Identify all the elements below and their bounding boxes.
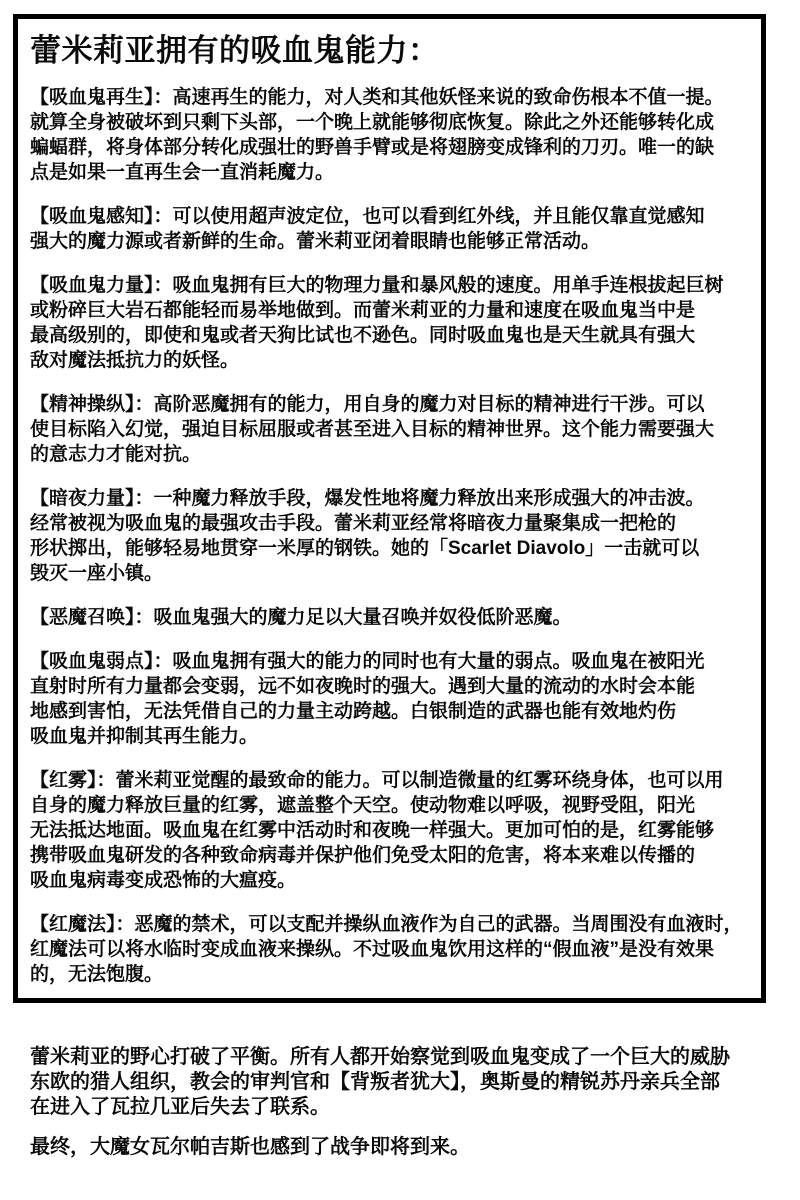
ability-red-magic: 【红魔法】：恶魔的禁术，可以支配并操纵血液作为自己的武器。当周围没有血液时， 红… (30, 912, 753, 987)
epilogue-paragraph-balance-broken: 蕾米莉亚的野心打破了平衡。所有人都开始察觉到吸血鬼变成了一个巨大的威胁 东欧的猎… (30, 1045, 772, 1120)
ability-demon-summon: 【恶魔召唤】：吸血鬼强大的魔力足以大量召唤并奴役低阶恶魔。 (30, 605, 753, 630)
ability-red-mist: 【红雾】：蕾米莉亚觉醒的最致命的能力。可以制造微量的红雾环绕身体，也可以用 自身… (30, 768, 753, 893)
ability-vampire-regeneration: 【吸血鬼再生】：高速再生的能力，对人类和其他妖怪来说的致命伤根本不值一提。 就算… (30, 85, 753, 185)
epilogue-section: 蕾米莉亚的野心打破了平衡。所有人都开始察觉到吸血鬼变成了一个巨大的威胁 东欧的猎… (30, 1045, 772, 1175)
epilogue-paragraph-walpurgis: 最终，大魔女瓦尔帕吉斯也感到了战争即将到来。 (30, 1135, 772, 1160)
ability-vampire-strength: 【吸血鬼力量】：吸血鬼拥有巨大的物理力量和暴风般的速度。用单手连根拔起巨树 或粉… (30, 273, 753, 373)
ability-vampire-weakness: 【吸血鬼弱点】：吸血鬼拥有强大的能力的同时也有大量的弱点。吸血鬼在被阳光 直射时… (30, 649, 753, 749)
ability-night-power: 【暗夜力量】：一种魔力释放手段，爆发性地将魔力释放出来形成强大的冲击波。 经常被… (30, 486, 753, 586)
ability-mind-control: 【精神操纵】：高阶恶魔拥有的能力，用自身的魔力对目标的精神进行干涉。可以 使目标… (30, 392, 753, 467)
ability-vampire-sense: 【吸血鬼感知】：可以使用超声波定位，也可以看到红外线，并且能仅靠直觉感知 强大的… (30, 204, 753, 254)
vampire-abilities-box: 蕾米莉亚拥有的吸血鬼能力： 【吸血鬼再生】：高速再生的能力，对人类和其他妖怪来说… (13, 14, 766, 1003)
abilities-title: 蕾米莉亚拥有的吸血鬼能力： (30, 32, 753, 70)
